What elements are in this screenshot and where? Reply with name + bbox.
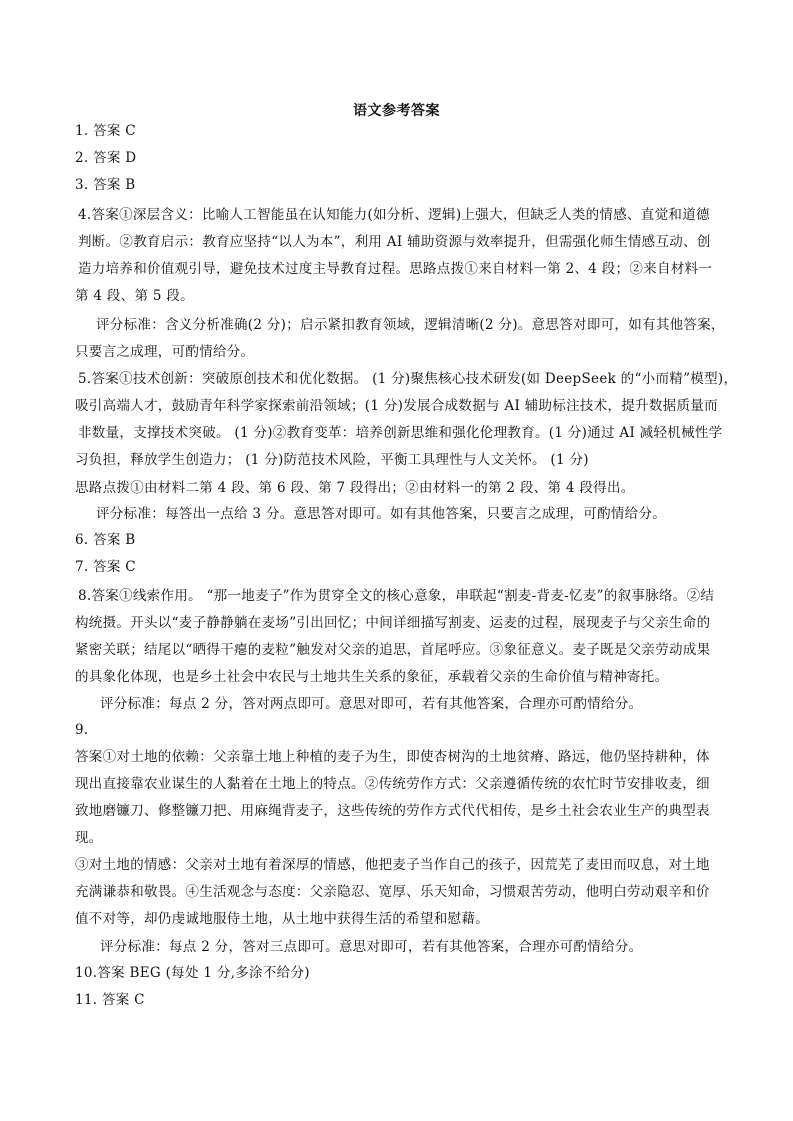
- answer-q5-line: 非数量，支撑技术突破。 (1 分)②教育变革：培养创新思维和强化伦理教育。(1 …: [78, 424, 722, 442]
- answer-q8-line: 的具象化体现，也是乡土社会中农民与土地共生关系的象征，承载着父亲的生命价值与精神…: [75, 668, 668, 686]
- answer-q4-line: 判断。②教育启示：教育应坚持“以人为本”，利用 AI 辅助资源与效率提升，但需强…: [78, 233, 711, 251]
- grading-criteria-q5: 评分标准：每答出一点给 3 分。意思答对即可。如有其他答案，只要言之成理，可酌情…: [96, 505, 666, 523]
- page-title: 语文参考答案: [0, 100, 793, 120]
- grading-criteria-q8: 评分标准：每点 2 分，答对两点即可。意思对即可，若有其他答案，合理亦可酌情给分…: [100, 695, 642, 713]
- answer-q9-line: ③对土地的情感：父亲对土地有着深厚的情感，他把麦子当作自己的孩子，因荒芜了麦田而…: [75, 856, 710, 874]
- answer-q3: 3. 答案 B: [75, 176, 135, 194]
- answer-q10: 10.答案 BEG (每处 1 分,多涂不给分): [75, 964, 310, 982]
- answer-q8-line: 构统摄。开头以“麦子静静躺在麦场”引出回忆；中间详细描写割麦、运麦的过程，展现麦…: [75, 614, 710, 632]
- grading-criteria-q4: 只要言之成理，可酌情给分。: [75, 343, 254, 361]
- answer-q1: 1. 答案 C: [75, 122, 136, 140]
- answer-q6: 6. 答案 B: [75, 531, 135, 549]
- answer-q11: 11. 答案 C: [75, 991, 145, 1009]
- answer-q5-line: 5.答案①技术创新：突破原创技术和优化数据。 (1 分)聚焦核心技术研发(如 D…: [78, 370, 737, 388]
- answer-q9-line: 充满谦恭和敬畏。④生活观念与态度：父亲隐忍、宽厚、乐天知命，习惯艰苦劳动，他明白…: [75, 883, 710, 901]
- answer-q9-line: 答案①对土地的依赖：父亲靠土地上种植的麦子为生，即使杏树沟的土地贫瘠、路远，他仍…: [75, 748, 710, 766]
- answer-q5-hint: 思路点拨①由材料二第 4 段、第 6 段、第 7 段得出；②由材料一的第 2 段…: [75, 479, 635, 497]
- answer-q9-line: 现出直接靠农业谋生的人黏着在土地上的特点。②传统劳作方式：父亲遵循传统的农忙时节…: [75, 775, 710, 793]
- answer-q4-line: 第 4 段、第 5 段。: [75, 287, 194, 305]
- answer-q9-line: 现。: [75, 829, 103, 847]
- grading-criteria-q4: 评分标准：含义分析准确(2 分)；启示紧扣教育领域，逻辑清晰(2 分)。意思答对…: [96, 316, 725, 334]
- answer-q4-line: 4.答案①深层含义：比喻人工智能虽在认知能力(如分析、逻辑)上强大，但缺乏人类的…: [78, 206, 710, 224]
- answer-q2: 2. 答案 D: [75, 149, 136, 167]
- answer-q8-line: 8.答案①线索作用。 “那一地麦子”作为贯穿全文的核心意象，串联起“割麦-背麦-…: [78, 587, 714, 605]
- answer-q5-line: 吸引高端人才，鼓励青年科学家探索前沿领域；(1 分)发展合成数据与 AI 辅助标…: [75, 397, 718, 415]
- answer-q4-line: 造力培养和价值观引导，避免技术过度主导教育过程。思路点拨①来自材料一第 2、4 …: [78, 260, 712, 278]
- grading-criteria-q9: 评分标准：每点 2 分，答对三点即可。意思对即可，若有其他答案，合理亦可酌情给分…: [100, 938, 642, 956]
- answer-q9-line: 值不对等，却仍虔诚地服侍土地，从土地中获得生活的希望和慰藉。: [75, 910, 489, 928]
- answer-q8-line: 紧密关联；结尾以“晒得干瘪的麦粒”触发对父亲的追思，首尾呼应。③象征意义。麦子既…: [75, 641, 710, 659]
- answer-q9-number: 9.: [75, 721, 88, 739]
- answer-q5-line: 习负担，释放学生创造力； (1 分)防范技术风险，平衡工具理性与人文关怀。 (1…: [75, 451, 589, 469]
- answer-key-page: 语文参考答案 1. 答案 C 2. 答案 D 3. 答案 B 4.答案①深层含义…: [0, 0, 793, 1121]
- answer-q9-line: 致地磨镰刀、修整镰刀把、用麻绳背麦子，这些传统的劳作方式代代相传，是乡土社会农业…: [75, 802, 710, 820]
- answer-q7: 7. 答案 C: [75, 558, 136, 576]
